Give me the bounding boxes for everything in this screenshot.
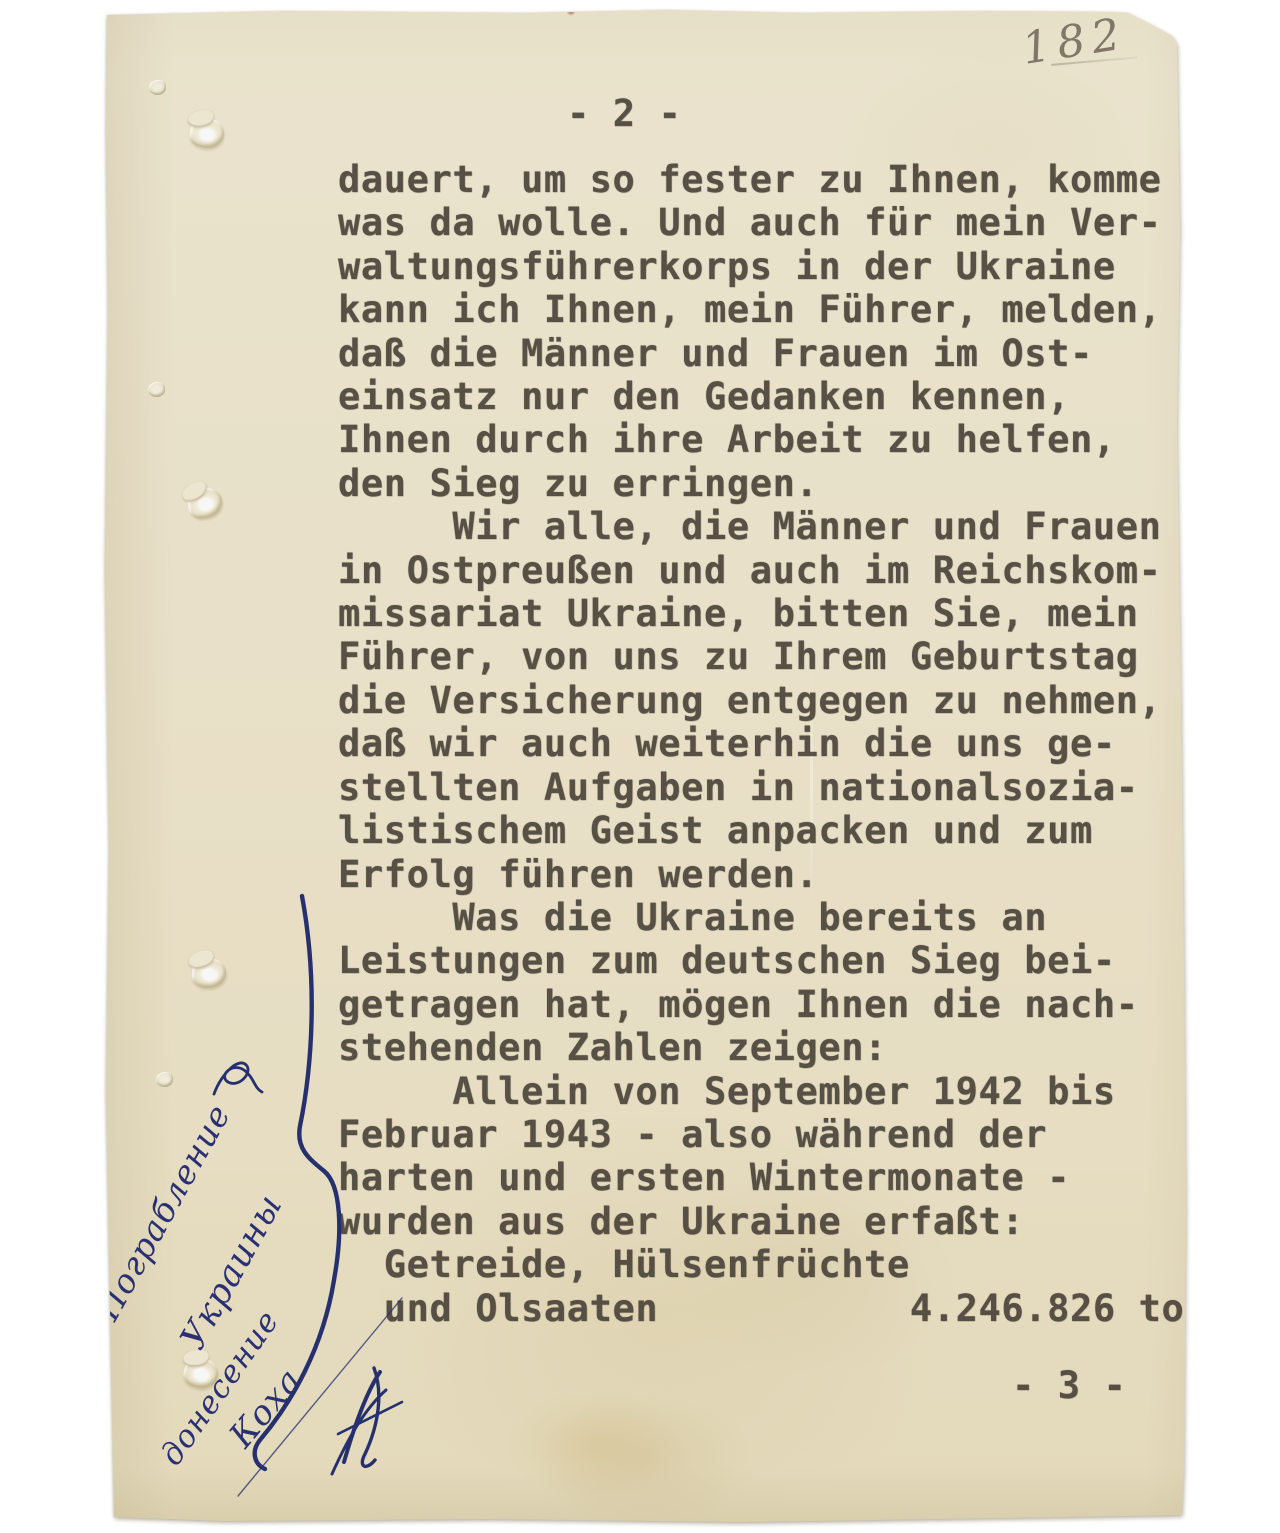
page-number-header: - 2 - [567, 92, 681, 135]
pencil-folio-number: 182 [1019, 8, 1131, 75]
ink-signature-stroke [332, 1390, 386, 1474]
punch-hole [148, 382, 165, 397]
ink-flourish [214, 1063, 262, 1094]
document-scan: - 2 - dauert, um so fester zu Ihnen, kom… [0, 0, 1280, 1533]
paper-sheet: - 2 - dauert, um so fester zu Ihnen, kom… [104, 10, 1186, 1522]
punch-hole [187, 115, 226, 151]
punch-hole [149, 80, 166, 95]
paper-edge-nick [566, 7, 576, 16]
typed-text-body: dauert, um so fester zu Ihnen, komme was… [338, 158, 1184, 1330]
punch-hole [191, 957, 227, 990]
paper-sheet-wrap: - 2 - dauert, um so fester zu Ihnen, kom… [104, 10, 1186, 1522]
punch-hole [186, 486, 224, 520]
ink-signature-stroke [362, 1368, 378, 1466]
paper-stain [504, 1390, 684, 1500]
punch-hole [156, 1072, 173, 1087]
ink-signature-stroke [344, 1372, 380, 1462]
ink-signature-stroke [338, 1402, 402, 1434]
next-page-catchword: - 3 - [1012, 1364, 1126, 1407]
